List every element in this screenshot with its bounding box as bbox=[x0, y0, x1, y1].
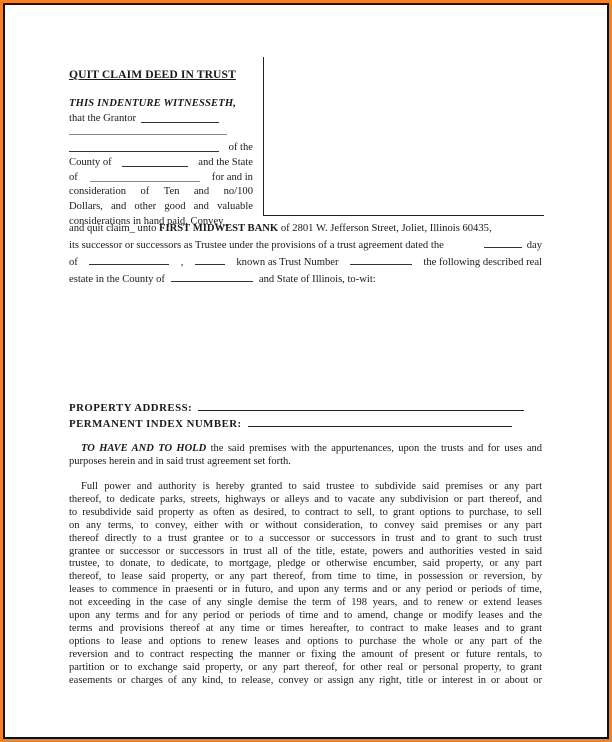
grantor-line-2 bbox=[69, 126, 253, 141]
state-blank[interactable] bbox=[90, 171, 200, 182]
of-label: of bbox=[69, 254, 78, 271]
day-blank[interactable] bbox=[484, 237, 522, 248]
pin-field: PERMANENT INDEX NUMBER: bbox=[69, 418, 512, 430]
grantor-line: that the Grantor bbox=[69, 112, 253, 127]
recording-box-left-rule bbox=[263, 57, 264, 215]
grant-line-4: estate in the County of and State of Ill… bbox=[69, 271, 542, 288]
powers-line: on any terms, to convey, either with or … bbox=[69, 520, 542, 533]
grantee-name: FIRST MIDWEST BANK bbox=[159, 223, 278, 234]
day-label: day bbox=[527, 237, 542, 254]
word: of bbox=[140, 185, 149, 200]
for-and-in-text: for and in bbox=[212, 171, 253, 186]
grantor-label: that the Grantor bbox=[69, 112, 136, 127]
grantor-line-3: of the bbox=[69, 141, 253, 156]
powers-line: grantee or successor or successors in tr… bbox=[69, 546, 542, 559]
of-label: of bbox=[69, 171, 78, 186]
powers-line: thereof directly to a trust grantee or t… bbox=[69, 533, 542, 546]
grantor-block: THIS INDENTURE WITNESSETH, that the Gran… bbox=[69, 97, 253, 229]
consideration-line: consideration of Ten and no/100 bbox=[69, 185, 253, 200]
powers-line: thereof, to dedicate parks, streets, hig… bbox=[69, 494, 542, 507]
powers-line: reversion and to contract respecting the… bbox=[69, 649, 542, 662]
described-real-text: the following described real bbox=[423, 254, 542, 271]
county-of-label: County of bbox=[69, 156, 112, 171]
estate-county-label: estate in the County of bbox=[69, 271, 165, 288]
grantor-name-blank[interactable] bbox=[141, 112, 219, 123]
grant-line-1: and quit claim_ unto FIRST MIDWEST BANK … bbox=[69, 220, 542, 237]
county-blank[interactable] bbox=[122, 156, 188, 167]
powers-line: upon any terms and for any period or per… bbox=[69, 610, 542, 623]
property-address-field: PROPERTY ADDRESS: bbox=[69, 402, 524, 414]
powers-line: not exceeding in the case of any single … bbox=[69, 597, 542, 610]
word: Dollars, bbox=[69, 200, 103, 215]
property-address-label: PROPERTY ADDRESS: bbox=[69, 402, 192, 414]
recording-box-bottom-rule bbox=[263, 215, 544, 216]
word: and bbox=[194, 200, 209, 215]
word: good bbox=[164, 200, 185, 215]
trust-number-blank[interactable] bbox=[350, 254, 412, 265]
grant-line-text: and quit claim_ unto FIRST MIDWEST BANK … bbox=[69, 220, 492, 237]
word: Ten bbox=[164, 185, 180, 200]
and-the-state-text: and the State bbox=[198, 156, 253, 171]
word: other bbox=[134, 200, 156, 215]
pin-input[interactable] bbox=[248, 425, 512, 427]
property-address-input[interactable] bbox=[198, 409, 524, 411]
word: consideration bbox=[69, 185, 126, 200]
of-the-text: of the bbox=[229, 141, 253, 156]
indenture-line: THIS INDENTURE WITNESSETH, bbox=[69, 97, 253, 112]
word: valuable bbox=[217, 200, 253, 215]
powers-line: to resubdivide said property as often as… bbox=[69, 507, 542, 520]
habendum-line-1: TO HAVE AND TO HOLD the said premises wi… bbox=[69, 443, 542, 456]
comma: , bbox=[181, 254, 184, 271]
habendum-lead: TO HAVE AND TO HOLD bbox=[81, 443, 206, 454]
grant-line-3: of , known as Trust Number the following… bbox=[69, 254, 542, 271]
quit-claim-text: and quit claim_ unto bbox=[69, 223, 159, 234]
document-title: QUIT CLAIM DEED IN TRUST bbox=[69, 68, 236, 81]
word: no/100 bbox=[224, 185, 253, 200]
word: and bbox=[194, 185, 209, 200]
month-blank[interactable] bbox=[89, 254, 169, 265]
habendum-line-2: purposes herein and in said trust agreem… bbox=[69, 456, 542, 469]
estate-county-blank[interactable] bbox=[171, 271, 253, 282]
trust-number-label: known as Trust Number bbox=[236, 254, 338, 271]
powers-line: terms and provisions thereof at any time… bbox=[69, 623, 542, 636]
grantor-name-blank-2[interactable] bbox=[69, 126, 227, 135]
state-illinois-text: and State of Illinois, to-wit: bbox=[259, 271, 376, 288]
trust-agreement-text: its successor or successors as Trustee u… bbox=[69, 237, 444, 254]
word: and bbox=[111, 200, 126, 215]
day-group: day bbox=[484, 237, 542, 254]
powers-line: trustee, to donate, to dedicate, to mort… bbox=[69, 558, 542, 571]
powers-line: partition or to exchange said property, … bbox=[69, 662, 542, 675]
indenture-heading: THIS INDENTURE WITNESSETH, bbox=[69, 97, 236, 112]
pin-label: PERMANENT INDEX NUMBER: bbox=[69, 418, 242, 430]
year-blank[interactable] bbox=[195, 254, 225, 265]
powers-line: options to lease and options to renew le… bbox=[69, 636, 542, 649]
dollars-line: Dollars, and other good and valuable bbox=[69, 200, 253, 215]
powers-line: Full power and authority is hereby grant… bbox=[69, 481, 542, 494]
grant-line-2: its successor or successors as Trustee u… bbox=[69, 237, 542, 254]
county-line: County of and the State bbox=[69, 156, 253, 171]
state-line: of for and in bbox=[69, 171, 253, 186]
habendum-paragraph: TO HAVE AND TO HOLD the said premises wi… bbox=[69, 443, 542, 469]
habendum-text: the said premises with the appurtenances… bbox=[206, 443, 542, 454]
powers-line: thereof, to lease said property, or any … bbox=[69, 571, 542, 584]
powers-line: easements or charges of any kind, to rel… bbox=[69, 675, 542, 688]
trustee-powers-paragraph: Full power and authority is hereby grant… bbox=[69, 481, 542, 688]
grantee-address: of 2801 W. Jefferson Street, Joliet, Ill… bbox=[278, 223, 491, 234]
grantor-address-blank[interactable] bbox=[69, 141, 219, 152]
powers-line: leases to commence in praesenti or in fu… bbox=[69, 584, 542, 597]
